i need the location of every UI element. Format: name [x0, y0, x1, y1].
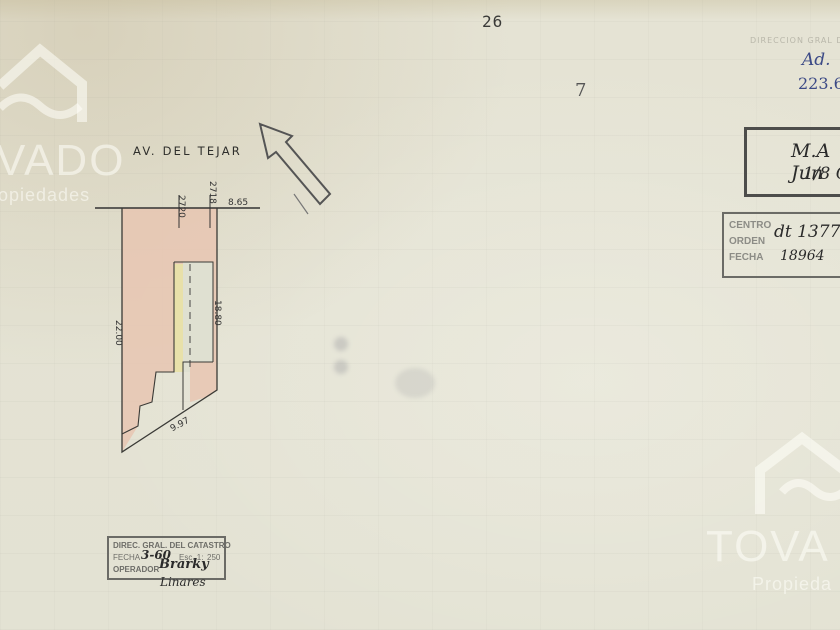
smudge: [334, 360, 348, 374]
frontage-right-measure: 8.65: [228, 198, 248, 208]
watermark-sub-bottom-right: Propieda: [752, 574, 832, 595]
stamp-labels: CENTRO ORDEN FECHA: [729, 218, 771, 266]
stamp-header: DIRECCION GRAL DEL CATASTRO: [750, 36, 840, 45]
smudge: [395, 368, 435, 398]
page-number: 26: [482, 12, 503, 31]
stamp-header: DIREC. GRAL. DEL CATASTRO: [113, 541, 231, 550]
stamp-value-1: dt 1377: [774, 222, 840, 242]
house-logo-icon: [752, 430, 840, 515]
watermark-logo-bottom-right: [752, 430, 840, 519]
watermark-sub-top-left: opiedades: [0, 185, 90, 206]
signature: Linares: [160, 575, 206, 589]
frontage-mark-left: 2720: [176, 195, 186, 218]
stray-mark: 7: [575, 80, 586, 101]
lower-right-stamp: CENTRO ORDEN FECHA dt 1377 18964: [722, 212, 840, 278]
top-right-stamp: DIRECCION GRAL DEL CATASTRO Ad. 223.66: [750, 36, 840, 98]
bottom-left-catastro-stamp: DIREC. GRAL. DEL CATASTRO FECHA 3-60 Esc…: [107, 536, 226, 580]
middle-right-stamp: M.A Jun 1/8 C: [744, 127, 840, 197]
operador-value: Brarky: [159, 557, 209, 572]
left-side-measure: 22.00: [113, 320, 123, 346]
operador-label: OPERADOR: [113, 565, 159, 574]
esc-value: 250: [207, 553, 220, 562]
smudge: [334, 337, 348, 351]
right-side-measure: 18.80: [212, 300, 222, 326]
frontage-mark-right: 2718: [207, 181, 217, 204]
stamp-handwriting-2: 1/8 C: [803, 164, 840, 184]
street-name-label: AV. DEL TEJAR: [133, 144, 242, 158]
stamp-number: 223.66: [798, 74, 840, 93]
watermark-brand-top-left: VADO: [0, 136, 125, 186]
fecha-label: FECHA: [113, 553, 140, 562]
stamp-value-2: 18964: [780, 248, 825, 264]
watermark-logo-top-left: [0, 38, 95, 127]
watermark-brand-bottom-right: TOVA: [706, 522, 830, 572]
stamp-label: Ad.: [802, 50, 831, 70]
house-logo-icon: [0, 38, 95, 123]
